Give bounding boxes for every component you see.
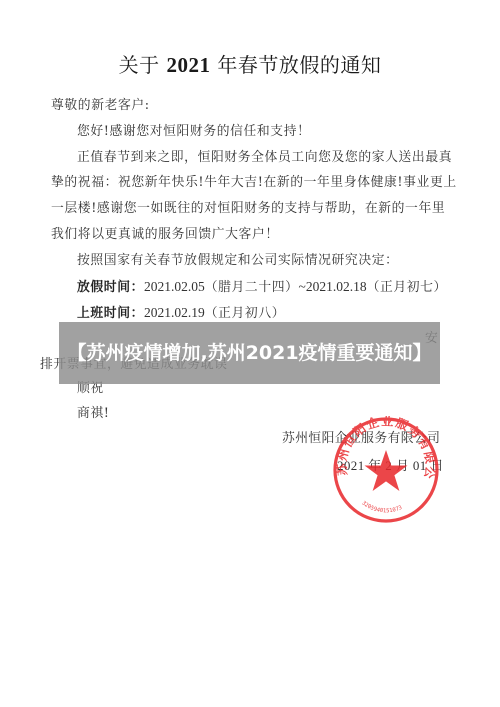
- holiday-end-lunar: （正月初七）: [367, 280, 447, 295]
- seal-number: 3205940151073: [360, 500, 403, 514]
- decision-paragraph: 按照国家有关春节放假规定和公司实际情况研究决定：: [77, 253, 399, 269]
- greeting-paragraph: 您好!感谢您对恒阳财务的信任和支持！: [77, 124, 311, 140]
- title-year: 2021: [167, 53, 211, 77]
- document-title: 关于 2021 年春节放假的通知: [0, 52, 500, 78]
- work-resume: 上班时间：2021.02.19（正月初八）: [77, 305, 285, 322]
- holiday-label: 放假时间：: [77, 280, 144, 295]
- holiday-period: 放假时间：2021.02.05（腊月二十四）~2021.02.18（正月初七）: [77, 279, 447, 296]
- signature-company: 苏州恒阳企业服务有限公司: [282, 431, 440, 447]
- holiday-start-lunar: （腊月二十四）: [205, 280, 299, 295]
- work-label: 上班时间：: [77, 306, 144, 321]
- document-page: 关于 2021 年春节放假的通知 尊敬的新老客户: 您好!感谢您对恒阳财务的信任…: [0, 0, 500, 707]
- blessing-line-1: 正值春节到来之即，恒阳财务全体员工向您及您的家人送出最真: [77, 150, 439, 166]
- signature-date: 2021 年 2 月 01 日: [337, 458, 444, 474]
- closing-regards: 商祺!: [77, 406, 110, 422]
- blessing-line-4: 我们将以更真诚的服务回馈广大客户！: [51, 227, 279, 243]
- caption-overlay: 【苏州疫情增加,苏州2021疫情重要通知】: [59, 322, 440, 384]
- holiday-end: 2021.02.18: [306, 279, 367, 294]
- caption-text: 【苏州疫情增加,苏州2021疫情重要通知】: [65, 341, 435, 366]
- title-prefix: 关于: [119, 53, 167, 77]
- blessing-line-2: 挚的祝福：祝您新年快乐!牛年大吉!在新的一年里身体健康!事业更上: [51, 175, 439, 191]
- work-date: 2021.02.19: [144, 305, 205, 320]
- title-suffix: 年春节放假的通知: [211, 53, 382, 77]
- svg-text:3205940151073: 3205940151073: [360, 500, 403, 514]
- work-lunar: （正月初八）: [205, 306, 285, 321]
- salutation: 尊敬的新老客户:: [51, 98, 150, 114]
- holiday-separator: ~: [299, 279, 306, 294]
- blessing-line-3: 一层楼!感谢您一如既往的对恒阳财务的支持与帮助，在新的一年里: [51, 201, 439, 217]
- holiday-start: 2021.02.05: [144, 279, 205, 294]
